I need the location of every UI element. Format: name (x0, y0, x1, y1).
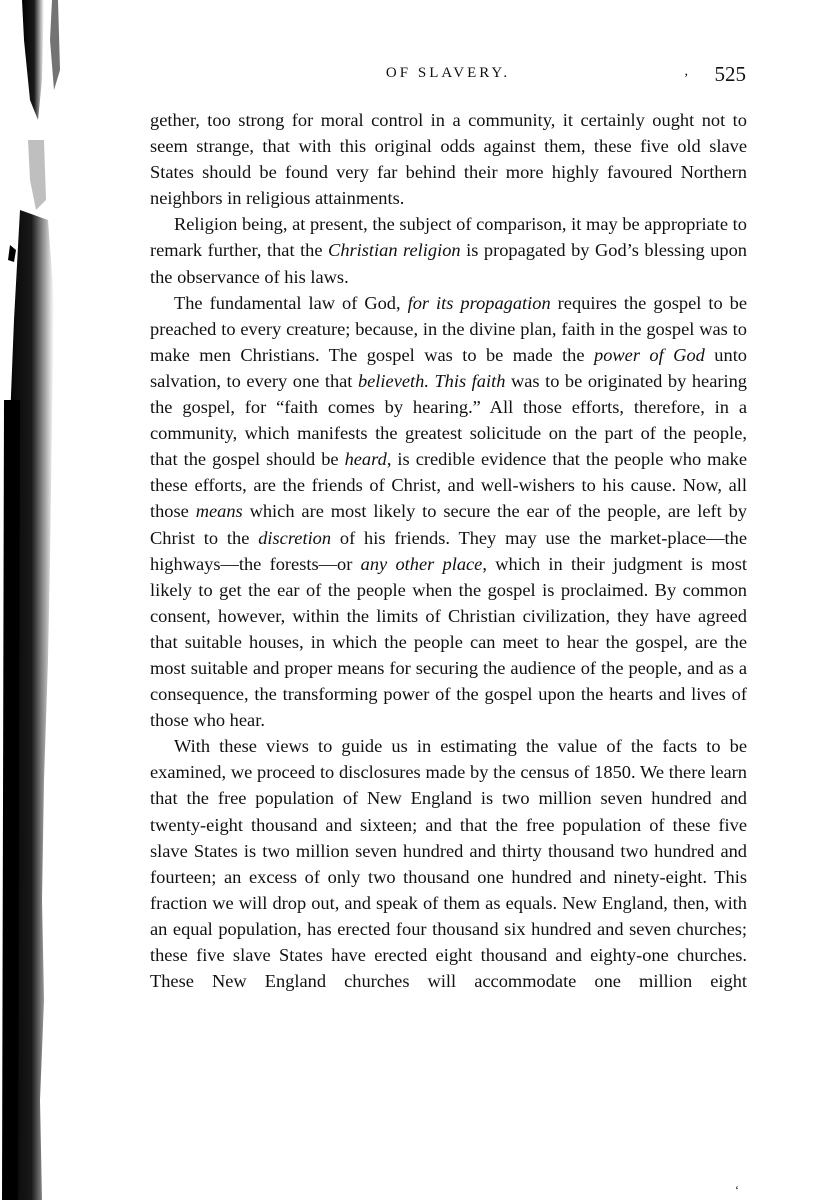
italic-emphasis: Christian religion (328, 240, 461, 260)
paragraph-continuation: gether, too strong for moral control in … (150, 107, 747, 211)
running-head: OF SLAVERY. , 525 (148, 62, 748, 86)
text-run: , which in their judgment is most likely… (150, 554, 747, 731)
italic-emphasis: any other place (361, 554, 483, 574)
running-title: OF SLAVERY. (148, 65, 748, 82)
text-run: gether, too strong for moral control in … (150, 110, 747, 208)
paragraph-fundamental-law: The fundamental law of God, for its prop… (150, 290, 747, 734)
italic-emphasis: means (196, 501, 243, 521)
body-text: gether, too strong for moral control in … (150, 107, 747, 994)
stray-mark: ‘ (735, 1183, 739, 1198)
paragraph-census-1850: With these views to guide us in estimati… (150, 733, 747, 994)
page-number: 525 (715, 62, 747, 87)
paragraph-religion-comparison: Religion being, at present, the subject … (150, 211, 747, 289)
page-mark: , (685, 64, 689, 80)
gutter-shadow-graphic (0, 0, 80, 1200)
italic-emphasis: discretion (258, 528, 331, 548)
italic-emphasis: heard (345, 449, 387, 469)
text-run: The fundamental law of God, (174, 293, 408, 313)
binding-gutter-shadow (0, 0, 80, 1200)
italic-emphasis: for its propagation (408, 293, 551, 313)
italic-emphasis: believeth. This faith (358, 371, 505, 391)
italic-emphasis: power of God (594, 345, 705, 365)
text-run: With these views to guide us in estimati… (150, 736, 747, 991)
